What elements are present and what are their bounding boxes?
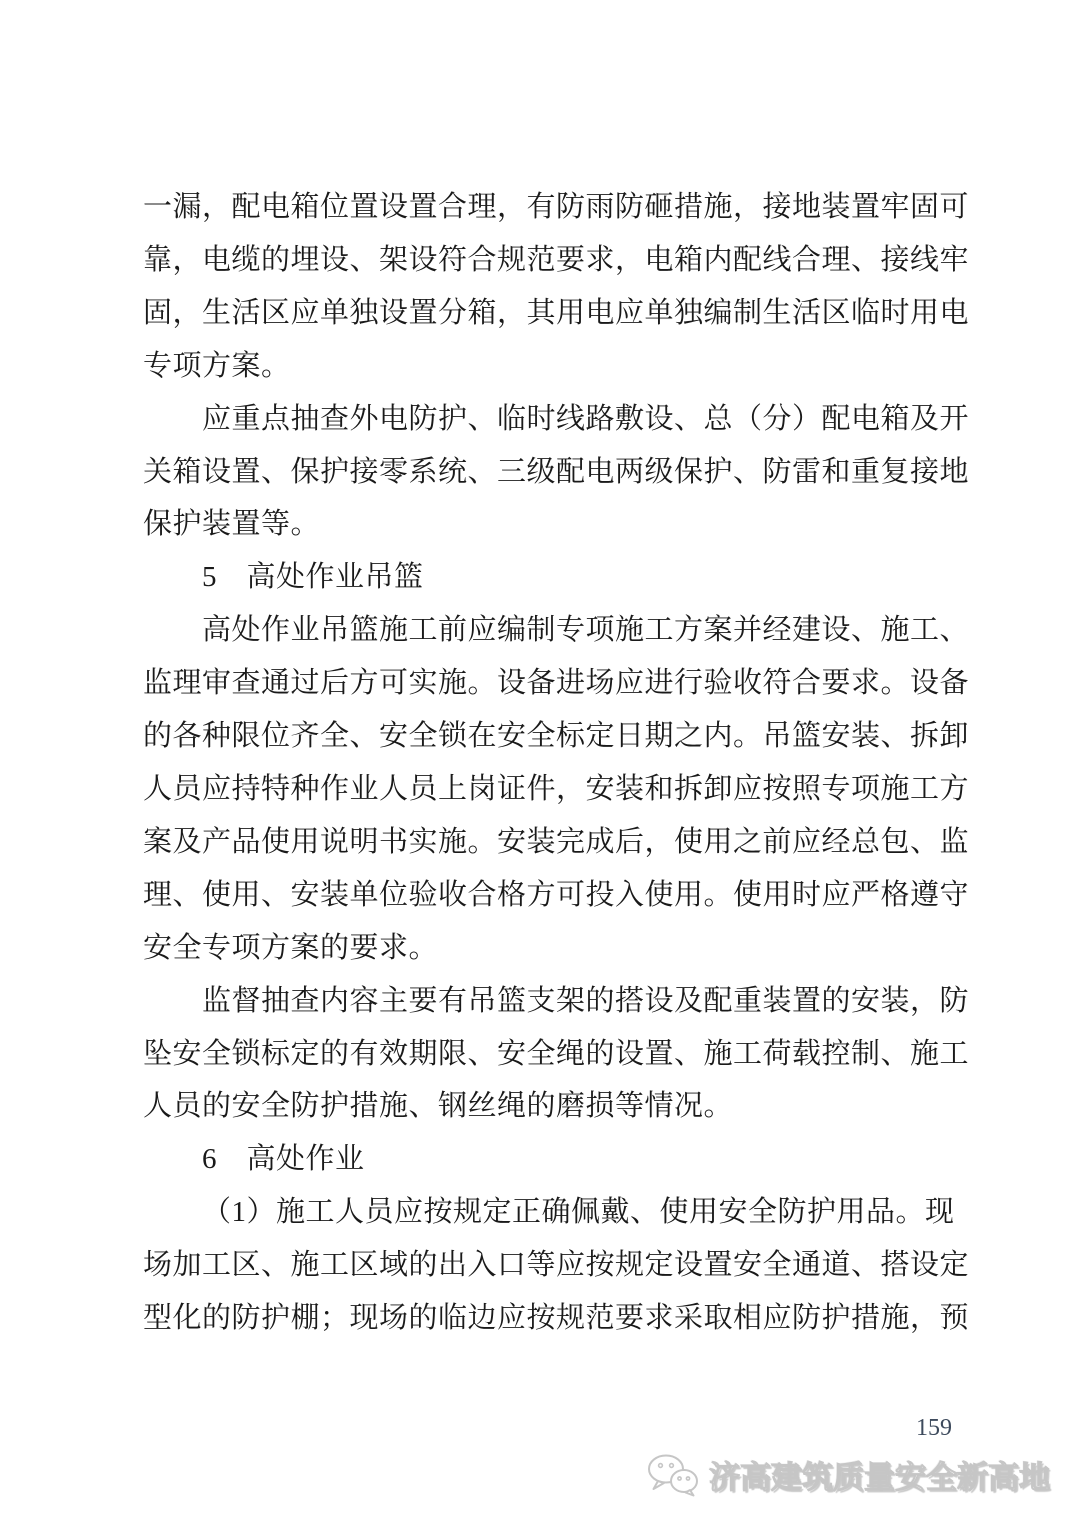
watermark: 济高建筑质量安全新高地 bbox=[646, 1452, 1050, 1497]
paragraph-line: 关箱设置、保护接零系统、三级配电两级保护、防雷和重复接地 bbox=[143, 446, 952, 499]
body-text: 一漏，配电箱位置设置合理，有防雨防砸措施，接地装置牢固可 靠，电缆的埋设、架设符… bbox=[143, 181, 952, 1345]
paragraph-line: 型化的防护棚；现场的临边应按规范要求采取相应防护措施，预 bbox=[143, 1292, 952, 1345]
paragraph-line: 的各种限位齐全、安全锁在安全标定日期之内。吊篮安装、拆卸 bbox=[143, 710, 952, 763]
document-page: 一漏，配电箱位置设置合理，有防雨防砸措施，接地装置牢固可 靠，电缆的埋设、架设符… bbox=[0, 0, 1080, 1527]
paragraph-line: 高处作业吊篮施工前应编制专项施工方案并经建设、施工、 bbox=[143, 604, 952, 657]
paragraph-line: 场加工区、施工区域的出入口等应按规定设置安全通道、搭设定 bbox=[143, 1239, 952, 1292]
paragraph-line: 理、使用、安装单位验收合格方可投入使用。使用时应严格遵守 bbox=[143, 869, 952, 922]
paragraph-line: 保护装置等。 bbox=[143, 498, 952, 551]
paragraph-line: 坠安全锁标定的有效期限、安全绳的设置、施工荷载控制、施工 bbox=[143, 1028, 952, 1081]
paragraph-line: 应重点抽查外电防护、临时线路敷设、总（分）配电箱及开 bbox=[143, 393, 952, 446]
section-heading-6: 6 高处作业 bbox=[143, 1133, 952, 1186]
paragraph-line: 专项方案。 bbox=[143, 340, 952, 393]
paragraph-line: 靠，电缆的埋设、架设符合规范要求，电箱内配线合理、接线牢 bbox=[143, 234, 952, 287]
paragraph-line: 人员的安全防护措施、钢丝绳的磨损等情况。 bbox=[143, 1080, 952, 1133]
section-heading-5: 5 高处作业吊篮 bbox=[143, 551, 952, 604]
page-number: 159 bbox=[143, 1412, 952, 1444]
paragraph-line: 监督抽查内容主要有吊篮支架的搭设及配重装置的安装，防 bbox=[143, 975, 952, 1028]
paragraph-line: 一漏，配电箱位置设置合理，有防雨防砸措施，接地装置牢固可 bbox=[143, 181, 952, 234]
paragraph-line: 案及产品使用说明书实施。安装完成后，使用之前应经总包、监 bbox=[143, 816, 952, 869]
paragraph-line: （1）施工人员应按规定正确佩戴、使用安全防护用品。现 bbox=[143, 1186, 952, 1239]
paragraph-line: 安全专项方案的要求。 bbox=[143, 922, 952, 975]
paragraph-line: 监理审查通过后方可实施。设备进场应进行验收符合要求。设备 bbox=[143, 657, 952, 710]
paragraph-line: 人员应持特种作业人员上岗证件，安装和拆卸应按照专项施工方 bbox=[143, 763, 952, 816]
wechat-icon bbox=[646, 1453, 700, 1497]
watermark-text: 济高建筑质量安全新高地 bbox=[709, 1452, 1050, 1497]
paragraph-line: 固，生活区应单独设置分箱，其用电应单独编制生活区临时用电 bbox=[143, 287, 952, 340]
